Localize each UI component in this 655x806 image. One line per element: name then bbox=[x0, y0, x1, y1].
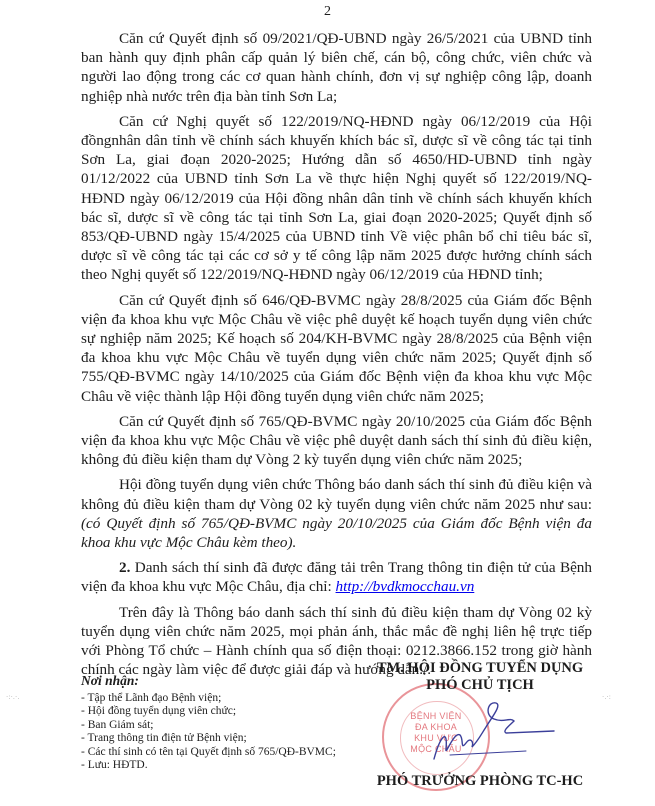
website-link[interactable]: http://bvdkmocchau.vn bbox=[336, 578, 475, 595]
recipient-item: - Ban Giám sát; bbox=[81, 719, 351, 732]
handwritten-signature bbox=[430, 697, 560, 767]
signature-block: TM. HỘI ĐỒNG TUYỂN DỤNG PHÓ CHỦ TỊCH PHÓ… bbox=[355, 660, 605, 694]
recipient-item: - Lưu: HĐTD. bbox=[81, 759, 351, 772]
announcement-text: Hội đồng tuyển dụng viên chức Thông báo … bbox=[81, 476, 592, 512]
item-number: 2. bbox=[119, 559, 130, 576]
recipient-item: - Trang thông tin điện tử Bệnh viện; bbox=[81, 732, 351, 745]
scan-artifact: ·.·: bbox=[602, 693, 611, 701]
item-2-paragraph: 2. Danh sách thí sinh đã được đăng tải t… bbox=[81, 558, 592, 596]
recipients-block: Nơi nhận: - Tập thể Lãnh đạo Bệnh viện; … bbox=[81, 673, 351, 772]
recipient-item: - Hội đồng tuyển dụng viên chức; bbox=[81, 705, 351, 718]
scan-artifact: ·:·.·. bbox=[6, 693, 19, 701]
signature-title: TM. HỘI ĐỒNG TUYỂN DỤNG bbox=[355, 660, 605, 677]
recipients-list: - Tập thể Lãnh đạo Bệnh viện; - Hội đồng… bbox=[81, 692, 351, 772]
legal-basis-paragraph-2: Căn cứ Nghị quyết số 122/2019/NQ-HĐND ng… bbox=[81, 112, 592, 285]
recipient-item: - Các thí sinh có tên tại Quyết định số … bbox=[81, 746, 351, 759]
signature-position: PHÓ CHỦ TỊCH bbox=[355, 677, 605, 694]
page-number: 2 bbox=[0, 4, 655, 20]
legal-basis-paragraph-1: Căn cứ Quyết định số 09/2021/QĐ-UBND ngà… bbox=[81, 29, 592, 106]
recipients-title: Nơi nhận: bbox=[81, 673, 351, 689]
legal-basis-paragraph-3: Căn cứ Quyết định số 646/QĐ-BVMC ngày 28… bbox=[81, 291, 592, 406]
announcement-note: (có Quyết định số 765/QĐ-BVMC ngày 20/10… bbox=[81, 515, 592, 551]
signer-title: PHÓ TRƯỞNG PHÒNG TC-HC bbox=[355, 773, 605, 790]
document-body: Căn cứ Quyết định số 09/2021/QĐ-UBND ngà… bbox=[81, 29, 592, 686]
announcement-paragraph: Hội đồng tuyển dụng viên chức Thông báo … bbox=[81, 475, 592, 552]
legal-basis-paragraph-4: Căn cứ Quyết định số 765/QĐ-BVMC ngày 20… bbox=[81, 412, 592, 470]
recipient-item: - Tập thể Lãnh đạo Bệnh viện; bbox=[81, 692, 351, 705]
